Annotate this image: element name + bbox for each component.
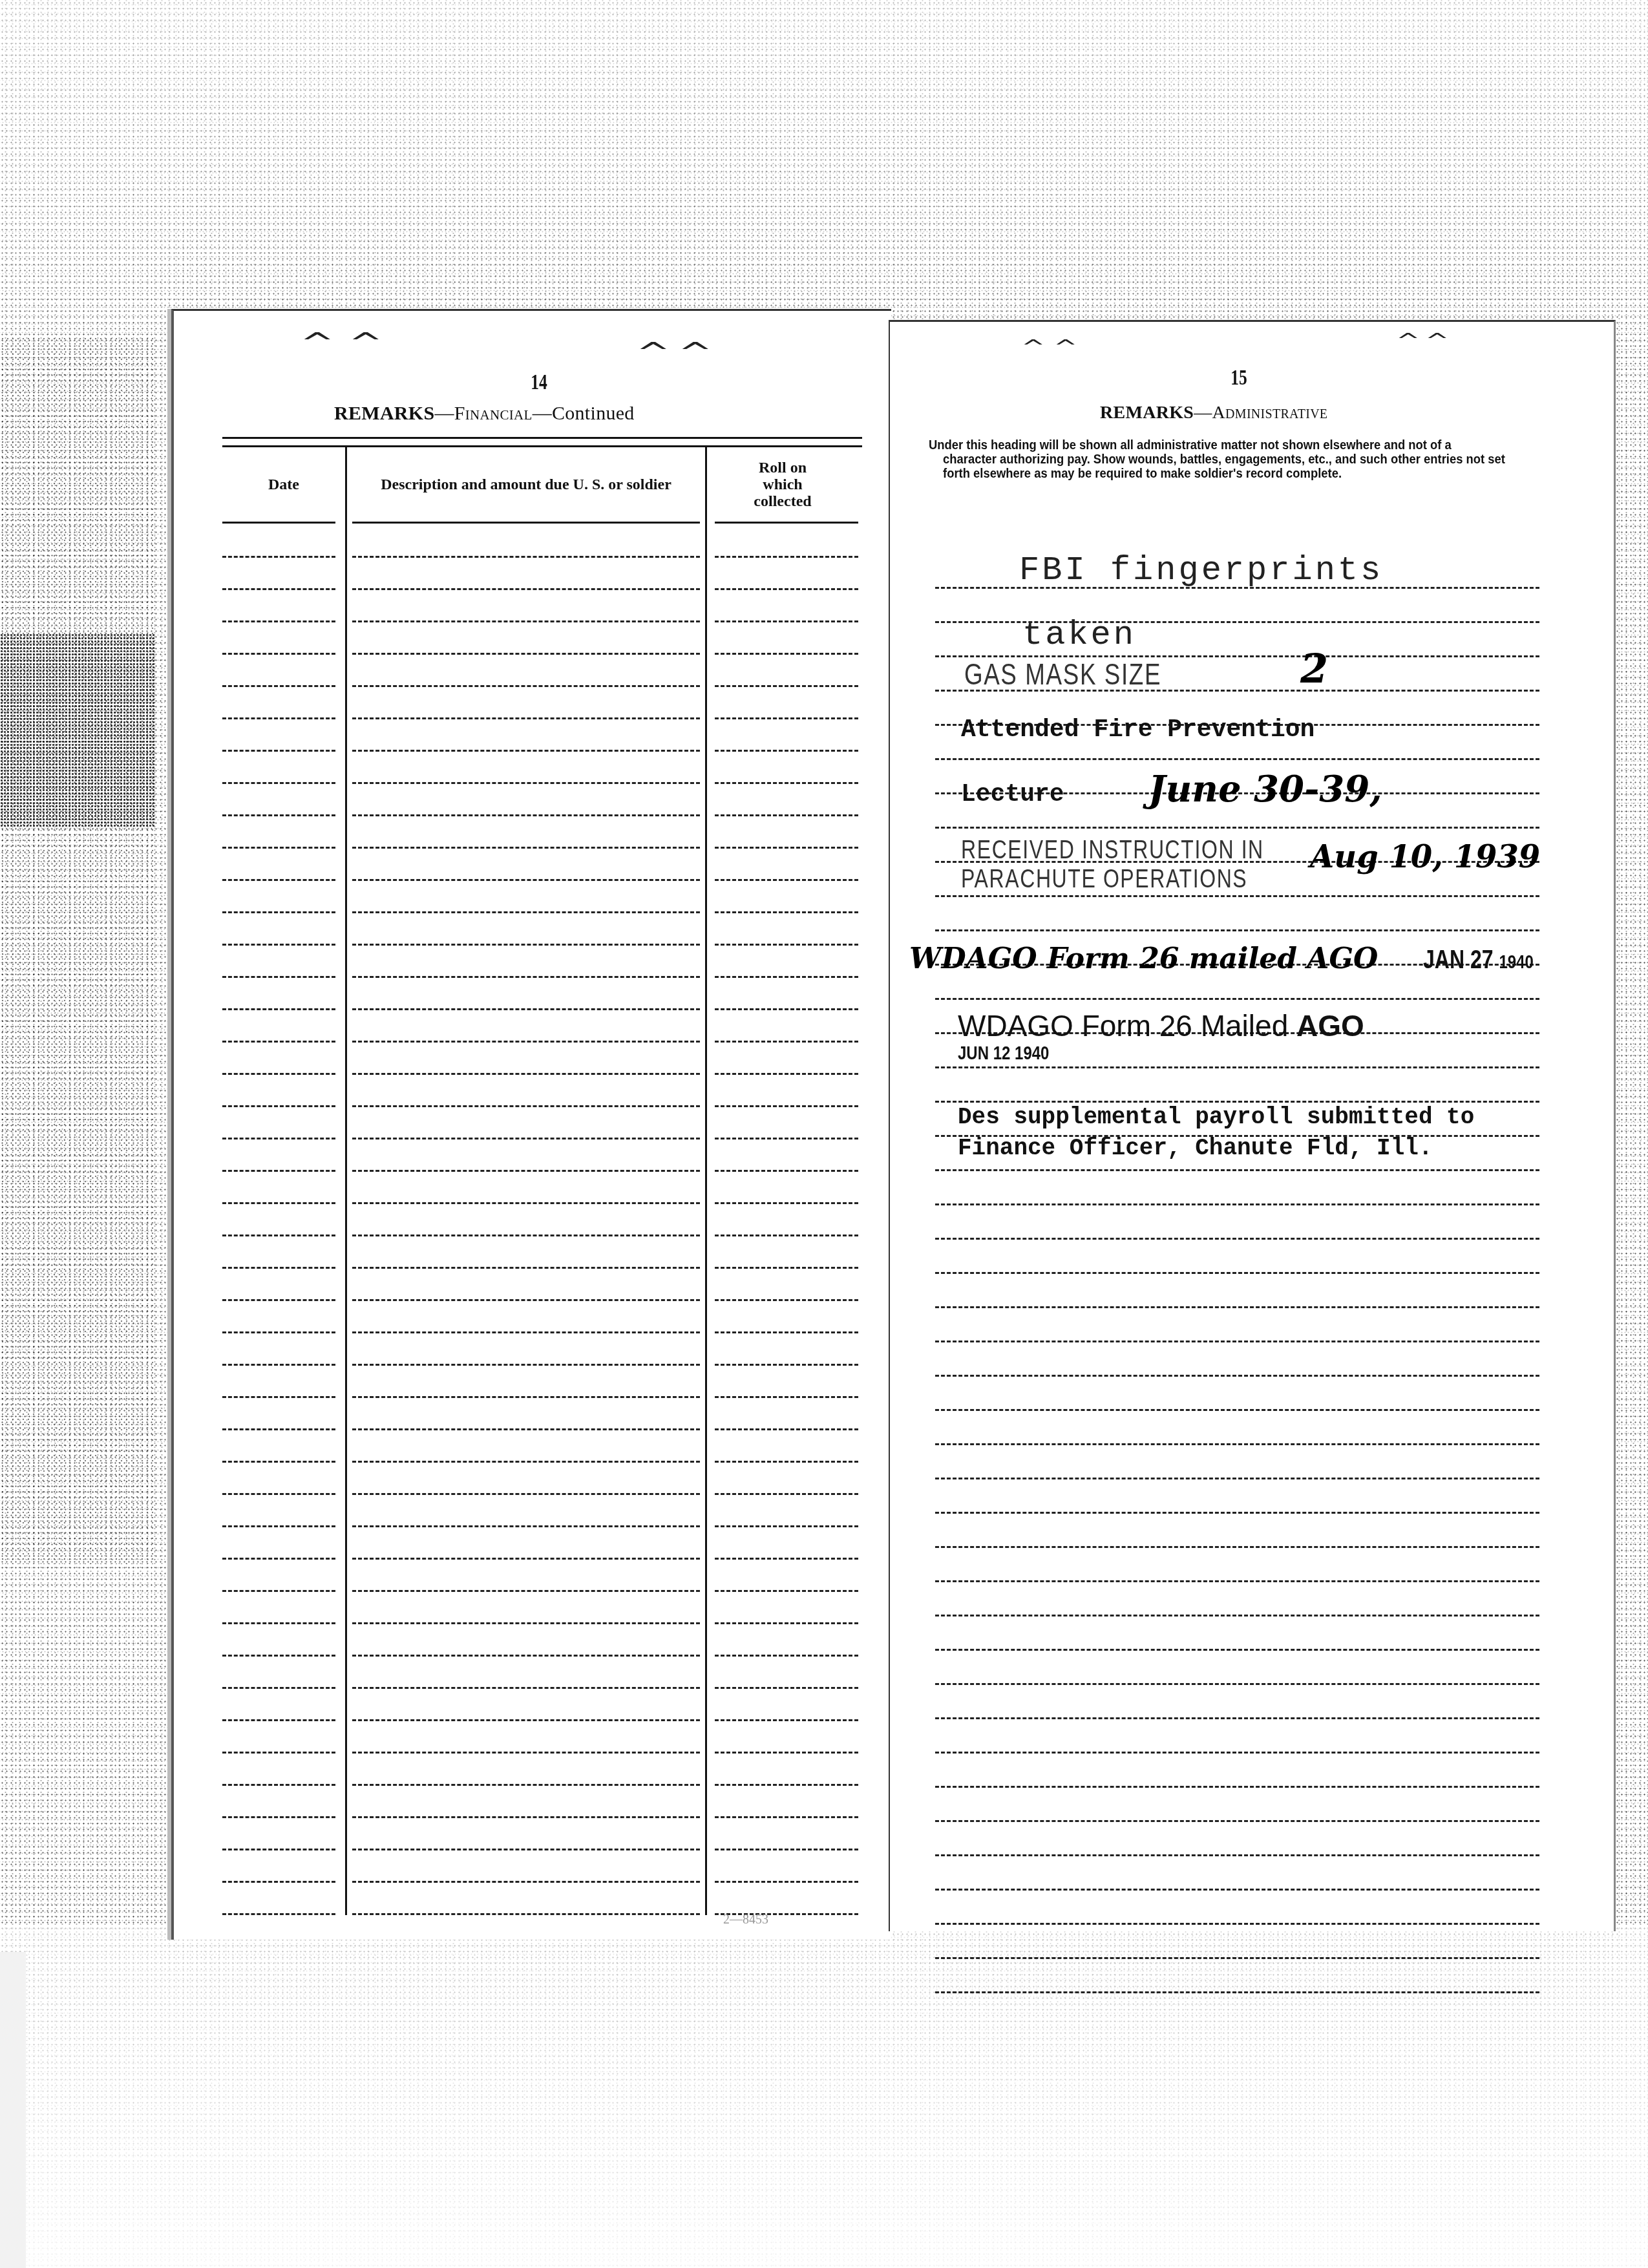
date-cell <box>222 655 335 687</box>
description-cell <box>345 816 707 849</box>
description-cell <box>345 913 707 946</box>
remark-line <box>935 1068 1539 1103</box>
roll-cell <box>715 1689 858 1721</box>
table-row <box>222 1010 862 1043</box>
date-cell <box>222 1301 335 1333</box>
date-cell <box>222 1010 335 1043</box>
financial-remarks-table: Date Description and amount due U. S. or… <box>222 437 862 1915</box>
page-heading: REMARKS—Administrative <box>1100 403 1327 423</box>
roll-cell <box>715 1883 858 1915</box>
staple-icon: ^ <box>300 330 335 356</box>
entry-lecture-label: Lecture <box>961 781 1064 809</box>
date-cell <box>222 622 335 655</box>
roll-cell <box>715 1786 858 1818</box>
roll-cell <box>715 913 858 946</box>
remark-line <box>935 1959 1539 1993</box>
roll-cell <box>715 978 858 1010</box>
date-cell <box>222 1689 335 1721</box>
print-code: 2—8453 <box>723 1913 768 1927</box>
table-row <box>222 1721 862 1754</box>
description-cell <box>345 849 707 881</box>
remark-line <box>935 1377 1539 1411</box>
stamp-month-day: JAN 27 <box>1423 946 1494 974</box>
table-row <box>222 1850 862 1883</box>
roll-cell <box>715 1366 858 1398</box>
staple-icon: ^ <box>1021 338 1046 356</box>
table-row <box>222 1043 862 1075</box>
table-row <box>222 1495 862 1527</box>
table-row <box>222 1107 862 1139</box>
remark-line <box>935 1514 1539 1548</box>
description-cell <box>345 1560 707 1592</box>
roll-cell <box>715 816 858 849</box>
table-row <box>222 816 862 849</box>
entry-wdago-stamp-date: JAN 27 1940 <box>1423 946 1534 975</box>
date-cell <box>222 978 335 1010</box>
heading-financial: Financial <box>454 403 533 424</box>
description-cell <box>345 1495 707 1527</box>
heading-dash: — <box>434 403 454 424</box>
date-cell <box>222 1043 335 1075</box>
roll-cell <box>715 558 858 590</box>
table-row <box>222 752 862 784</box>
remark-line <box>935 1925 1539 1959</box>
roll-cell <box>715 1301 858 1333</box>
date-cell <box>222 1527 335 1560</box>
date-cell <box>222 1754 335 1786</box>
table-row <box>222 590 862 622</box>
entry-parachute-date: Aug 10, 1939 <box>1310 839 1540 875</box>
date-cell <box>222 1139 335 1172</box>
description-cell <box>345 1139 707 1172</box>
date-cell <box>222 1624 335 1657</box>
description-cell <box>345 1463 707 1495</box>
roll-cell <box>715 1172 858 1204</box>
roll-cell <box>715 1721 858 1754</box>
heading-administrative: Administrative <box>1212 403 1328 423</box>
date-cell <box>222 913 335 946</box>
description-cell <box>345 558 707 590</box>
date-cell <box>222 881 335 913</box>
description-cell <box>345 1850 707 1883</box>
description-cell <box>345 525 707 558</box>
table-row <box>222 881 862 913</box>
heading-dash: — <box>533 403 552 424</box>
heading-dash: — <box>1194 403 1212 423</box>
table-row <box>222 1236 862 1269</box>
roll-cell <box>715 655 858 687</box>
description-cell <box>345 752 707 784</box>
table-row <box>222 1592 862 1624</box>
entry-parachute-line2: PARACHUTE OPERATIONS <box>961 865 1247 894</box>
table-row <box>222 1172 862 1204</box>
roll-cell <box>715 1527 858 1560</box>
roll-cell <box>715 1333 858 1366</box>
table-row <box>222 655 862 687</box>
description-cell <box>345 1398 707 1430</box>
roll-cell <box>715 784 858 816</box>
page-number: 14 <box>515 370 564 395</box>
table-row <box>222 1269 862 1301</box>
page-heading: REMARKS—Financial—Continued <box>334 403 635 425</box>
scan-background-dark-patch <box>0 633 155 827</box>
table-row <box>222 1333 862 1366</box>
roll-cell <box>715 1657 858 1689</box>
date-cell <box>222 1333 335 1366</box>
roll-cell <box>715 719 858 752</box>
date-cell <box>222 525 335 558</box>
date-cell <box>222 1366 335 1398</box>
description-cell <box>345 1657 707 1689</box>
roll-cell <box>715 1043 858 1075</box>
roll-cell <box>715 1236 858 1269</box>
roll-cell <box>715 1754 858 1786</box>
date-cell <box>222 1657 335 1689</box>
description-cell <box>345 1754 707 1786</box>
description-cell <box>345 1301 707 1333</box>
remark-line <box>935 1171 1539 1205</box>
roll-cell <box>715 622 858 655</box>
date-cell <box>222 784 335 816</box>
heading-continued: Continued <box>552 403 635 424</box>
description-cell <box>345 687 707 719</box>
staple-icon: ^ <box>678 340 713 366</box>
entry-payroll-line1: Des supplemental payroll submitted to <box>958 1104 1474 1130</box>
roll-cell <box>715 1204 858 1236</box>
description-cell <box>345 946 707 978</box>
description-cell <box>345 1592 707 1624</box>
roll-cell <box>715 1592 858 1624</box>
table-row <box>222 1818 862 1850</box>
remark-line <box>935 1411 1539 1445</box>
table-row <box>222 1883 862 1915</box>
entry-wdago-handwritten: WDAGO Form 26 mailed AGO <box>909 942 1378 975</box>
description-cell <box>345 590 707 622</box>
description-cell <box>345 1883 707 1915</box>
wdago-stamp-ago: AGO <box>1296 1009 1364 1043</box>
description-cell <box>345 978 707 1010</box>
date-cell <box>222 1172 335 1204</box>
table-row <box>222 687 862 719</box>
instructions-text: Under this heading will be shown all adm… <box>929 438 1505 481</box>
description-cell <box>345 1043 707 1075</box>
roll-cell <box>715 590 858 622</box>
date-cell <box>222 1818 335 1850</box>
date-cell <box>222 1107 335 1139</box>
table-row <box>222 622 862 655</box>
entry-fbi-taken: taken <box>1022 616 1136 654</box>
roll-cell <box>715 1269 858 1301</box>
entry-fbi-fingerprints: FBI fingerprints <box>1019 551 1383 589</box>
roll-cell <box>715 752 858 784</box>
date-cell <box>222 1883 335 1915</box>
left-page: ^ ^ ^ ^ 14 REMARKS—Financial—Continued D… <box>171 309 891 1940</box>
remark-line <box>935 1479 1539 1514</box>
table-row <box>222 849 862 881</box>
date-cell <box>222 946 335 978</box>
staple-icon: ^ <box>1425 332 1450 350</box>
table-row <box>222 1754 862 1786</box>
roll-cell <box>715 1430 858 1463</box>
description-cell <box>345 1269 707 1301</box>
table-row <box>222 1624 862 1657</box>
description-cell <box>345 1204 707 1236</box>
table-row <box>222 1786 862 1818</box>
table-row <box>222 1366 862 1398</box>
roll-cell <box>715 525 858 558</box>
page-number: 15 <box>1215 366 1263 390</box>
table-row <box>222 1398 862 1430</box>
scan-background-left-strip <box>0 336 155 1564</box>
entry-gas-mask-label: GAS MASK SIZE <box>964 657 1161 692</box>
date-cell <box>222 1398 335 1430</box>
roll-cell <box>715 1818 858 1850</box>
entry-wdago-stamp-date: JUN 12 1940 <box>958 1043 1049 1065</box>
roll-cell <box>715 1107 858 1139</box>
table-row <box>222 1463 862 1495</box>
date-cell <box>222 719 335 752</box>
description-cell <box>345 1333 707 1366</box>
description-cell <box>345 1172 707 1204</box>
stamp-year: 1940 <box>1499 951 1533 973</box>
remark-line <box>935 1754 1539 1788</box>
roll-cell <box>715 1624 858 1657</box>
description-cell <box>345 719 707 752</box>
table-row <box>222 1560 862 1592</box>
roll-cell <box>715 1560 858 1592</box>
description-cell <box>345 1366 707 1398</box>
table-row <box>222 946 862 978</box>
date-cell <box>222 1560 335 1592</box>
description-cell <box>345 1624 707 1657</box>
entry-gas-mask-value: 2 <box>1300 645 1328 692</box>
table-row <box>222 1689 862 1721</box>
description-cell <box>345 1689 707 1721</box>
wdago-stamp-text: WDAGO Form 26 Mailed <box>958 1009 1296 1043</box>
table-top-rule <box>222 437 862 447</box>
scan-background-fade-top <box>0 0 1648 336</box>
right-page: ^ ^ ^ ^ 15 REMARKS—Administrative Under … <box>889 320 1616 1931</box>
staple-icon: ^ <box>1396 332 1421 350</box>
table-row <box>222 784 862 816</box>
remark-line <box>935 1616 1539 1651</box>
date-cell <box>222 1850 335 1883</box>
date-cell <box>222 1463 335 1495</box>
roll-cell <box>715 1139 858 1172</box>
entry-payroll-line2: Finance Officer, Chanute Fld, Ill. <box>958 1135 1433 1161</box>
table-row <box>222 719 862 752</box>
table-row <box>222 1430 862 1463</box>
roll-cell <box>715 1495 858 1527</box>
date-cell <box>222 1430 335 1463</box>
heading-remarks: REMARKS <box>334 403 434 424</box>
remark-line <box>935 1445 1539 1479</box>
description-cell <box>345 784 707 816</box>
table-row <box>222 913 862 946</box>
description-cell <box>345 1236 707 1269</box>
date-cell <box>222 752 335 784</box>
description-cell <box>345 1430 707 1463</box>
entry-fire-prevention: Attended Fire Prevention <box>961 716 1315 744</box>
entry-lecture-date: June 30-39, <box>1148 768 1382 811</box>
table-row <box>222 525 862 558</box>
roll-cell <box>715 1463 858 1495</box>
remark-line <box>935 1274 1539 1308</box>
remark-line <box>935 1240 1539 1274</box>
date-cell <box>222 590 335 622</box>
roll-cell <box>715 849 858 881</box>
date-cell <box>222 849 335 881</box>
description-cell <box>345 1075 707 1107</box>
description-cell <box>345 1527 707 1560</box>
staple-icon: ^ <box>636 340 671 366</box>
description-cell <box>345 622 707 655</box>
remark-line <box>935 1548 1539 1582</box>
table-row <box>222 1075 862 1107</box>
remark-line <box>935 1342 1539 1377</box>
date-cell <box>222 1495 335 1527</box>
remark-line <box>935 1205 1539 1240</box>
roll-cell <box>715 687 858 719</box>
remark-line <box>935 1308 1539 1342</box>
description-cell <box>345 1721 707 1754</box>
heading-remarks: REMARKS <box>1100 403 1194 423</box>
remark-line <box>935 1651 1539 1685</box>
date-cell <box>222 1269 335 1301</box>
table-row <box>222 1657 862 1689</box>
remark-line <box>935 1891 1539 1925</box>
date-cell <box>222 1786 335 1818</box>
remark-line <box>935 1822 1539 1856</box>
scan-edge <box>0 1952 26 2268</box>
roll-cell <box>715 1398 858 1430</box>
remark-line <box>935 1685 1539 1719</box>
table-row <box>222 558 862 590</box>
date-cell <box>222 558 335 590</box>
column-header-roll: Roll on which collected <box>707 447 858 522</box>
table-row <box>222 1204 862 1236</box>
date-cell <box>222 1592 335 1624</box>
staple-icon: ^ <box>1053 338 1078 356</box>
entry-parachute-line1: RECEIVED INSTRUCTION IN <box>961 836 1264 865</box>
description-cell <box>345 1010 707 1043</box>
date-cell <box>222 816 335 849</box>
description-cell <box>345 1786 707 1818</box>
date-cell <box>222 1204 335 1236</box>
remark-line <box>935 1788 1539 1822</box>
table-row <box>222 1139 862 1172</box>
date-cell <box>222 687 335 719</box>
date-cell <box>222 1236 335 1269</box>
column-header-date: Date <box>222 447 345 522</box>
remark-line <box>935 1856 1539 1891</box>
remark-line <box>935 1719 1539 1754</box>
roll-cell <box>715 1010 858 1043</box>
instructions-paragraph: Under this heading will be shown all adm… <box>929 438 1505 481</box>
entry-wdago-stamp: WDAGO Form 26 Mailed AGO <box>958 1008 1364 1043</box>
remark-line <box>935 897 1539 931</box>
roll-cell <box>715 1850 858 1883</box>
remark-line <box>935 1582 1539 1616</box>
description-cell <box>345 655 707 687</box>
staple-icon: ^ <box>348 330 383 356</box>
roll-cell <box>715 946 858 978</box>
roll-cell <box>715 881 858 913</box>
roll-cell <box>715 1075 858 1107</box>
date-cell <box>222 1721 335 1754</box>
table-row <box>222 978 862 1010</box>
table-row <box>222 1301 862 1333</box>
column-header-description: Description and amount due U. S. or sold… <box>345 447 707 522</box>
description-cell <box>345 881 707 913</box>
table-header: Date Description and amount due U. S. or… <box>222 447 862 522</box>
description-cell <box>345 1818 707 1850</box>
table-row <box>222 1527 862 1560</box>
table-body <box>222 525 862 1915</box>
description-cell <box>345 1107 707 1139</box>
date-cell <box>222 1075 335 1107</box>
